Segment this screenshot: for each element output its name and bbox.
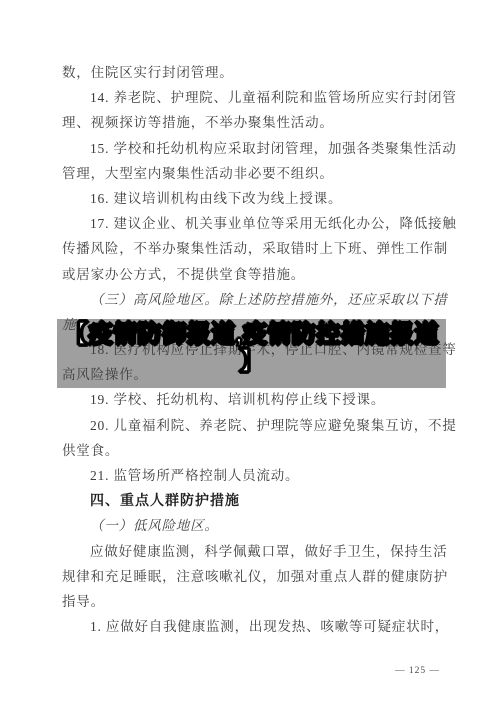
document-page: 数，住院区实行封闭管理。14. 养老院、护理院、儿童福利院和监管场所应实行封闭管… (0, 0, 500, 706)
page-number: — 125 — (395, 666, 440, 676)
text-line: 传播风险，不举办聚集性活动，采取错时上下班、弹性工作制 (62, 236, 454, 261)
text-line: 19. 学校、托幼机构、培训机构停止线下授课。 (62, 387, 454, 412)
text-line: 1. 应做好自我健康监测，出现发热、咳嗽等可疑症状时， (62, 614, 454, 639)
text-line: （三）高风险地区。除上述防控措施外，还应采取以下措 (62, 287, 454, 312)
text-line: 供堂食。 (62, 438, 454, 463)
watermark-overlay: 【疫情防御报道,疫情防控措施报道 】 (57, 321, 446, 375)
text-line: 指导。 (62, 589, 454, 614)
text-line: 14. 养老院、护理院、儿童福利院和监管场所应实行封闭管 (62, 85, 454, 110)
text-line: 应做好健康监测，科学佩戴口罩，做好手卫生，保持生活 (62, 539, 454, 564)
text-line: 20. 儿童福利院、养老院、护理院等应避免聚集互访，不提 (62, 413, 454, 438)
text-line: 21. 监管场所严格控制人员流动。 (62, 463, 454, 488)
text-line: 规律和充足睡眠，注意咳嗽礼仪，加强对重点人群的健康防护 (62, 564, 454, 589)
text-line: 或居家办公方式，不提供堂食等措施。 (62, 262, 454, 287)
text-line: 四、重点人群防护措施 (62, 488, 454, 513)
text-line: 16. 建议培训机构由线下改为线上授课。 (62, 186, 454, 211)
text-line: 管理，大型室内聚集性活动非必要不组织。 (62, 161, 454, 186)
watermark-text-line1: 【疫情防御报道,疫情防控措施报道 (57, 321, 446, 348)
text-line: 数，住院区实行封闭管理。 (62, 60, 454, 85)
text-line: 理、视频探访等措施，不举办聚集性活动。 (62, 110, 454, 135)
text-line: 15. 学校和托幼机构应采取封闭管理，加强各类聚集性活动 (62, 136, 454, 161)
watermark-text-line2: 】 (57, 348, 446, 375)
text-line: （一）低风险地区。 (62, 513, 454, 538)
text-line: 17. 建议企业、机关事业单位等采用无纸化办公，降低接触 (62, 211, 454, 236)
